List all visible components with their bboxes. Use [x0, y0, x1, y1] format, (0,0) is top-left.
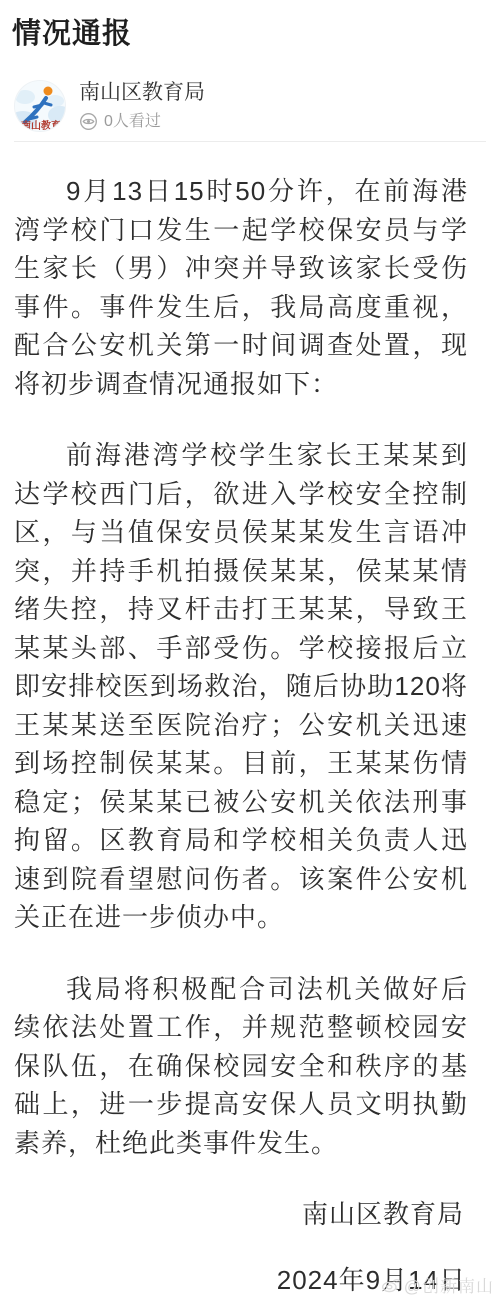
page-title: 情况通报 [0, 0, 500, 52]
avatar-sun-dot [44, 87, 53, 96]
paragraph-1: 9月13日15时50分许，在前海港湾学校门口发生一起学校保安员与学生家长（男）冲… [14, 172, 468, 403]
eye-icon [79, 112, 98, 131]
weibo-logo-icon [381, 1276, 401, 1293]
author-info: 南山区教育局 0人看过 [79, 81, 205, 131]
avatar-label: 南山教育 [21, 119, 61, 132]
paragraph-2: 前海港湾学校学生家长王某某到达学校西门后，欲进入学校安全控制区，与当值保安员侯某… [14, 436, 468, 937]
article-body: 9月13日15时50分许，在前海港湾学校门口发生一起学校保安员与学生家长（男）冲… [0, 142, 500, 1299]
account-name[interactable]: 南山区教育局 [79, 81, 205, 105]
views-count: 0人看过 [104, 113, 161, 131]
signature: 南山区教育局 [14, 1195, 468, 1234]
article-page: 情况通报 [0, 0, 500, 1302]
avatar-logo-image: 南山教育 [15, 81, 66, 132]
paragraph-3: 我局将积极配合司法机关做好后续依法处置工作，并规范整顿校园安保队伍，在确保校园安… [14, 970, 468, 1163]
watermark-text: @创新南山 [404, 1272, 494, 1297]
avatar[interactable]: 南山教育 [14, 80, 66, 132]
views-row: 0人看过 [79, 112, 205, 131]
watermark: @创新南山 [381, 1272, 494, 1297]
author-header: 南山教育 南山区教育局 0人看过 [14, 80, 486, 132]
